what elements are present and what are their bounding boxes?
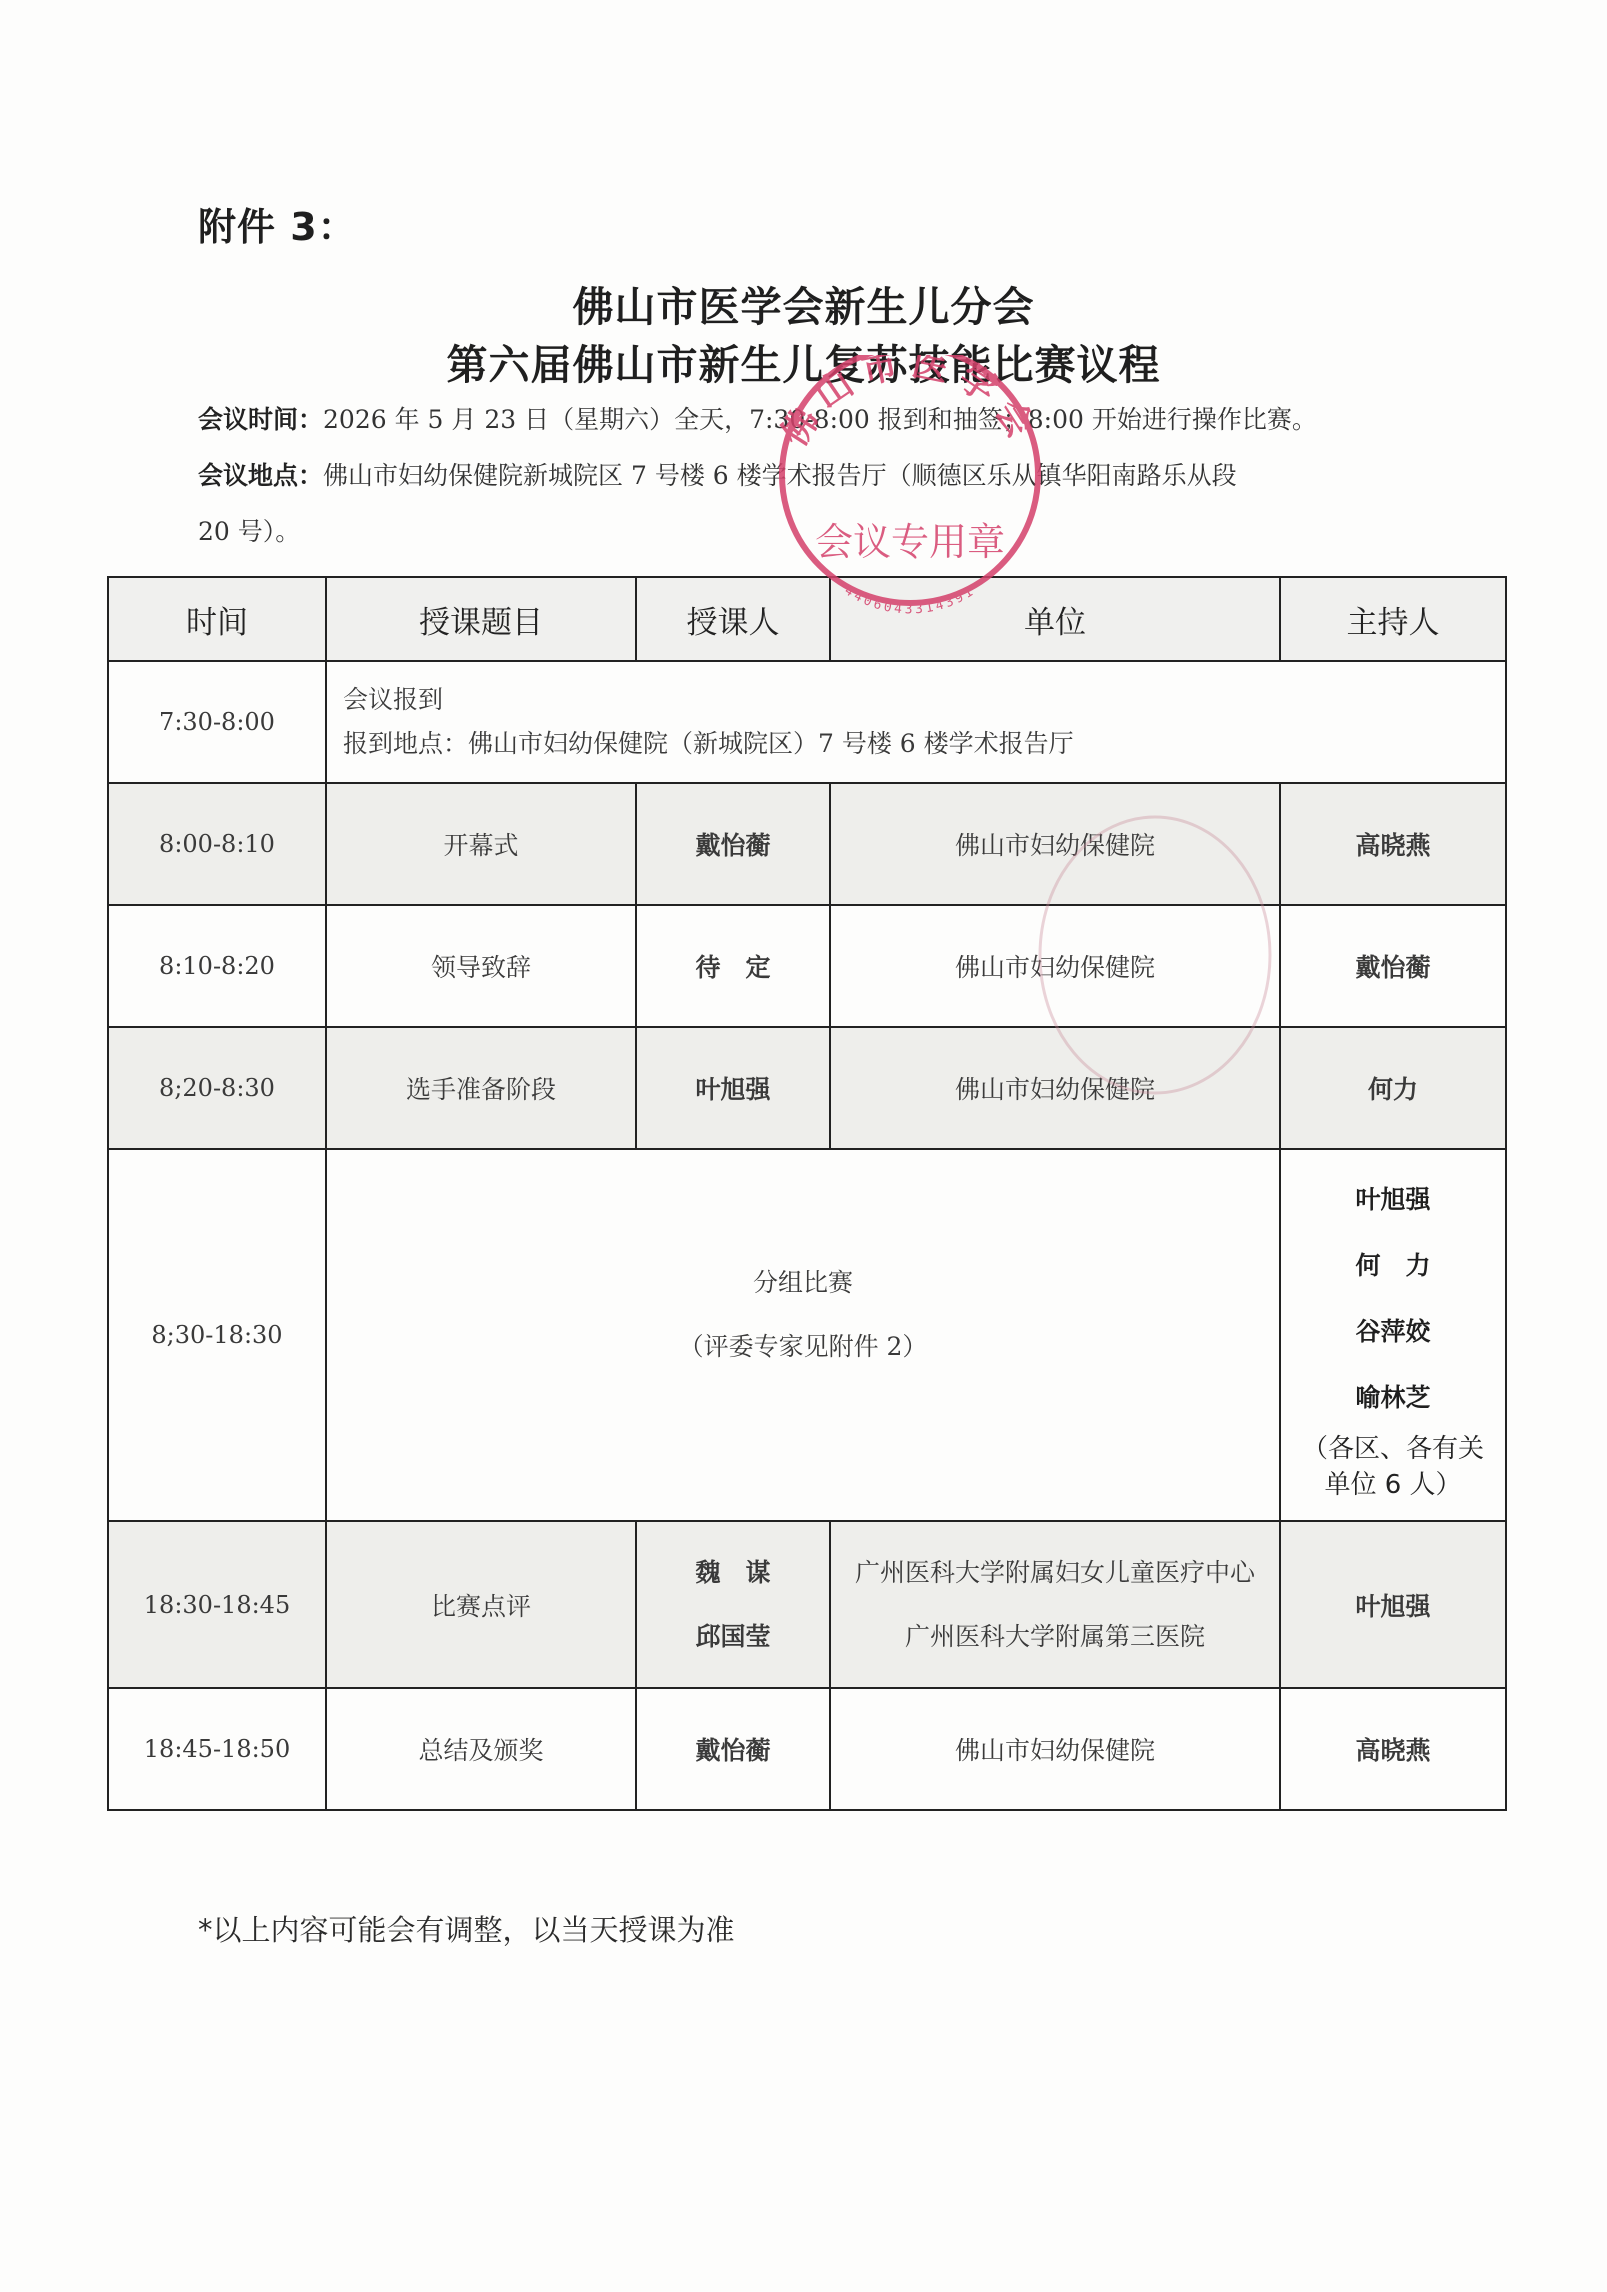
unit-name: 广州医科大学附属第三医院	[831, 1605, 1279, 1669]
cell-time: 18:30-18:45	[108, 1521, 326, 1688]
cell-hosts: 叶旭强 何 力 谷萍姣 喻林芝 （各区、各有关 单位 6 人）	[1280, 1149, 1506, 1521]
meeting-time-value: 2026 年 5 月 23 日（星期六）全天，7:30-8:00 报到和抽签；8…	[323, 405, 1317, 434]
cell-host: 高晓燕	[1280, 783, 1506, 905]
header-topic: 授课题目	[326, 577, 636, 661]
cell-speaker: 叶旭强	[636, 1027, 830, 1149]
cell-speaker: 待 定	[636, 905, 830, 1027]
cell-unit: 佛山市妇幼保健院	[830, 1027, 1280, 1149]
table-row: 8;30-18:30 分组比赛 （评委专家见附件 2） 叶旭强 何 力 谷萍姣 …	[108, 1149, 1506, 1521]
cell-time: 8;30-18:30	[108, 1149, 326, 1521]
agenda-table: 时间 授课题目 授课人 单位 主持人 7:30-8:00 会议报到 报到地点：佛…	[107, 576, 1507, 1811]
cell-topic: 比赛点评	[326, 1521, 636, 1688]
cell-time: 7:30-8:00	[108, 661, 326, 783]
meeting-place-label: 会议地点：	[198, 461, 323, 490]
registration-location: 报到地点：佛山市妇幼保健院（新城院区）7 号楼 6 楼学术报告厅	[343, 722, 1505, 766]
cell-unit: 佛山市妇幼保健院	[830, 905, 1280, 1027]
hosts-note-line2: 单位 6 人）	[1281, 1467, 1505, 1503]
header-time: 时间	[108, 577, 326, 661]
competition-title: 分组比赛	[327, 1251, 1279, 1315]
cell-topic: 领导致辞	[326, 905, 636, 1027]
cell-registration: 会议报到 报到地点：佛山市妇幼保健院（新城院区）7 号楼 6 楼学术报告厅	[326, 661, 1506, 783]
cell-time: 8:10-8:20	[108, 905, 326, 1027]
header-unit: 单位	[830, 577, 1280, 661]
table-row: 8;20-8:30 选手准备阶段 叶旭强 佛山市妇幼保健院 何力	[108, 1027, 1506, 1149]
cell-topic: 选手准备阶段	[326, 1027, 636, 1149]
svg-text:会议专用章: 会议专用章	[815, 520, 1005, 564]
meeting-place-cont: 20 号）。	[198, 512, 300, 548]
unit-name: 广州医科大学附属妇女儿童医疗中心	[831, 1541, 1279, 1605]
table-row: 18:45-18:50 总结及颁奖 戴怡蘅 佛山市妇幼保健院 高晓燕	[108, 1688, 1506, 1810]
cell-speakers: 魏 谋 邱国莹	[636, 1521, 830, 1688]
cell-time: 8:00-8:10	[108, 783, 326, 905]
cell-host: 戴怡蘅	[1280, 905, 1506, 1027]
speaker-name: 邱国莹	[637, 1605, 829, 1669]
table-row: 7:30-8:00 会议报到 报到地点：佛山市妇幼保健院（新城院区）7 号楼 6…	[108, 661, 1506, 783]
table-row: 18:30-18:45 比赛点评 魏 谋 邱国莹 广州医科大学附属妇女儿童医疗中…	[108, 1521, 1506, 1688]
title-event: 第六届佛山市新生儿复苏技能比赛议程	[0, 332, 1607, 391]
cell-host: 叶旭强	[1280, 1521, 1506, 1688]
table-header-row: 时间 授课题目 授课人 单位 主持人	[108, 577, 1506, 661]
document-page: 附件 3： 佛山市医学会新生儿分会 第六届佛山市新生儿复苏技能比赛议程 会议时间…	[0, 0, 1607, 2292]
table-row: 8:10-8:20 领导致辞 待 定 佛山市妇幼保健院 戴怡蘅	[108, 905, 1506, 1027]
competition-note: （评委专家见附件 2）	[327, 1315, 1279, 1379]
cell-topic: 总结及颁奖	[326, 1688, 636, 1810]
cell-unit: 佛山市妇幼保健院	[830, 783, 1280, 905]
meeting-place-value: 佛山市妇幼保健院新城院区 7 号楼 6 楼学术报告厅（顺德区乐从镇华阳南路乐从段	[323, 461, 1237, 490]
footnote: *以上内容可能会有调整，以当天授课为准	[198, 1908, 735, 1949]
hosts-note: （各区、各有关 单位 6 人）	[1281, 1431, 1505, 1503]
meeting-time: 会议时间：2026 年 5 月 23 日（星期六）全天，7:30-8:00 报到…	[198, 400, 1317, 436]
cell-time: 18:45-18:50	[108, 1688, 326, 1810]
cell-time: 8;20-8:30	[108, 1027, 326, 1149]
speaker-name: 魏 谋	[637, 1541, 829, 1605]
host-name: 谷萍姣	[1281, 1299, 1505, 1365]
host-name: 叶旭强	[1281, 1167, 1505, 1233]
attachment-label: 附件 3：	[198, 196, 357, 251]
cell-units: 广州医科大学附属妇女儿童医疗中心 广州医科大学附属第三医院	[830, 1521, 1280, 1688]
cell-speaker: 戴怡蘅	[636, 783, 830, 905]
host-name: 何 力	[1281, 1233, 1505, 1299]
cell-competition: 分组比赛 （评委专家见附件 2）	[326, 1149, 1280, 1521]
cell-unit: 佛山市妇幼保健院	[830, 1688, 1280, 1810]
meeting-place: 会议地点：佛山市妇幼保健院新城院区 7 号楼 6 楼学术报告厅（顺德区乐从镇华阳…	[198, 456, 1237, 492]
cell-host: 何力	[1280, 1027, 1506, 1149]
header-host: 主持人	[1280, 577, 1506, 661]
title-organization: 佛山市医学会新生儿分会	[0, 274, 1607, 333]
header-speaker: 授课人	[636, 577, 830, 661]
cell-topic: 开幕式	[326, 783, 636, 905]
cell-speaker: 戴怡蘅	[636, 1688, 830, 1810]
meeting-time-label: 会议时间：	[198, 405, 323, 434]
table-row: 8:00-8:10 开幕式 戴怡蘅 佛山市妇幼保健院 高晓燕	[108, 783, 1506, 905]
host-name: 喻林芝	[1281, 1365, 1505, 1431]
hosts-note-line1: （各区、各有关	[1281, 1431, 1505, 1467]
cell-host: 高晓燕	[1280, 1688, 1506, 1810]
registration-title: 会议报到	[343, 678, 1505, 722]
